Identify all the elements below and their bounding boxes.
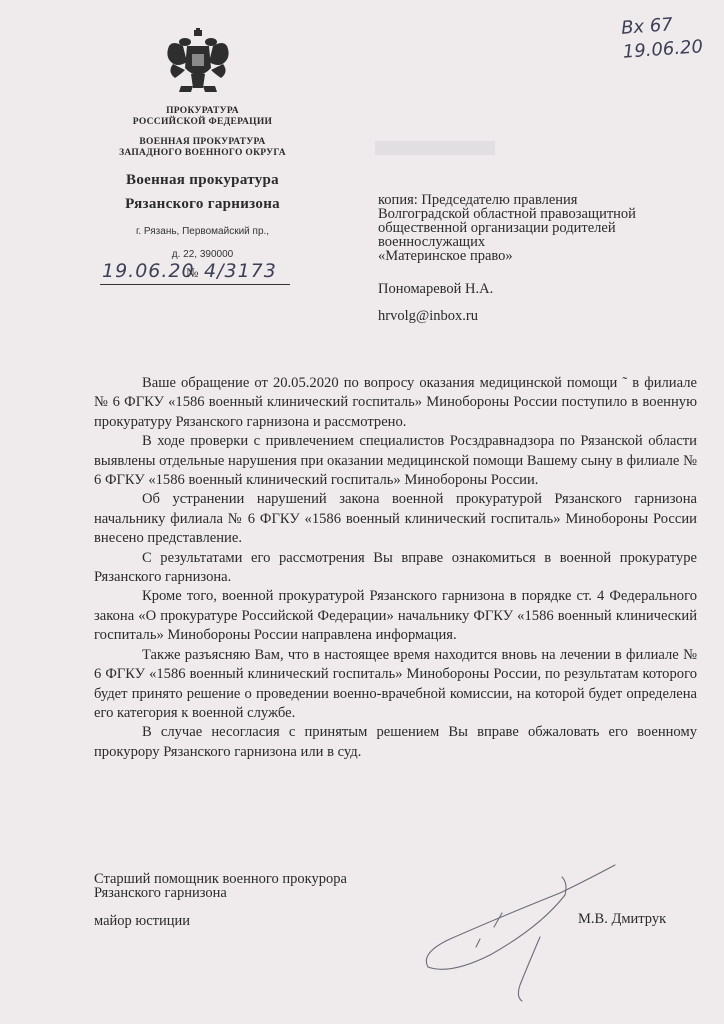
body-paragraph: С результатами его рассмотрения Вы вправ… bbox=[94, 549, 697, 588]
signatory-title: Старший помощник военного прокурора Ряза… bbox=[94, 872, 347, 900]
addressee-line: копия: Председателю правления bbox=[378, 193, 698, 207]
body-paragraph: В ходе проверки с привлечением специалис… bbox=[94, 432, 697, 490]
body-paragraph: В случае несогласия с принятым решением … bbox=[94, 723, 697, 762]
addressee-line: военнослужащих bbox=[378, 235, 698, 249]
signatory-title-line-2: Рязанского гарнизона bbox=[94, 886, 347, 900]
office-name-line-1: Военная прокуратура bbox=[95, 172, 310, 189]
org-line-4: ЗАПАДНОГО ВОЕННОГО ОКРУГА bbox=[95, 148, 310, 159]
addressee-line: Волгоградской областной правозащитной bbox=[378, 207, 698, 221]
registration-number-label: № bbox=[186, 265, 198, 281]
addressee-line: общественной организации родителей bbox=[378, 221, 698, 235]
body-paragraph: Об устранении нарушений закона военной п… bbox=[94, 490, 697, 548]
org-line-1: ПРОКУРАТУРА bbox=[95, 106, 310, 117]
body-paragraph: Кроме того, военной прокуратурой Рязанск… bbox=[94, 587, 697, 645]
incoming-mark: Вх 67 19.06.20 bbox=[620, 11, 703, 64]
address-line-1: г. Рязань, Первомайский пр., bbox=[95, 226, 310, 237]
document-page: ПРОКУРАТУРА РОССИЙСКОЙ ФЕДЕРАЦИИ ВОЕННАЯ… bbox=[0, 0, 724, 1024]
addressee-block: копия: Председателю правления Волгоградс… bbox=[378, 193, 698, 263]
org-line-2: РОССИЙСКОЙ ФЕДЕРАЦИИ bbox=[95, 117, 310, 128]
addressee-line: «Материнское право» bbox=[378, 249, 698, 263]
body-paragraph: Ваше обращение от 20.05.2020 по вопросу … bbox=[94, 374, 697, 432]
office-name-line-2: Рязанского гарнизона bbox=[95, 196, 310, 213]
handwritten-signature-icon bbox=[410, 855, 630, 1015]
double-headed-eagle-emblem-icon bbox=[163, 28, 233, 96]
signatory-title-line-1: Старший помощник военного прокурора bbox=[94, 872, 347, 886]
registration-date: 19.06.20 bbox=[102, 260, 195, 282]
addressee-name: Пономаревой Н.А. bbox=[378, 281, 493, 298]
faint-stamp-mark bbox=[365, 135, 505, 165]
org-line-3: ВОЕННАЯ ПРОКУРАТУРА bbox=[95, 137, 310, 148]
body-paragraph: Также разъясняю Вам, что в настоящее вре… bbox=[94, 646, 697, 724]
letter-body: Ваше обращение от 20.05.2020 по вопросу … bbox=[94, 374, 697, 762]
incoming-mark-date: 19.06.20 bbox=[622, 35, 704, 65]
signatory-rank: майор юстиции bbox=[94, 913, 190, 930]
addressee-email: hrvolg@inbox.ru bbox=[378, 308, 478, 325]
registration-number: 4/3173 bbox=[204, 260, 277, 282]
